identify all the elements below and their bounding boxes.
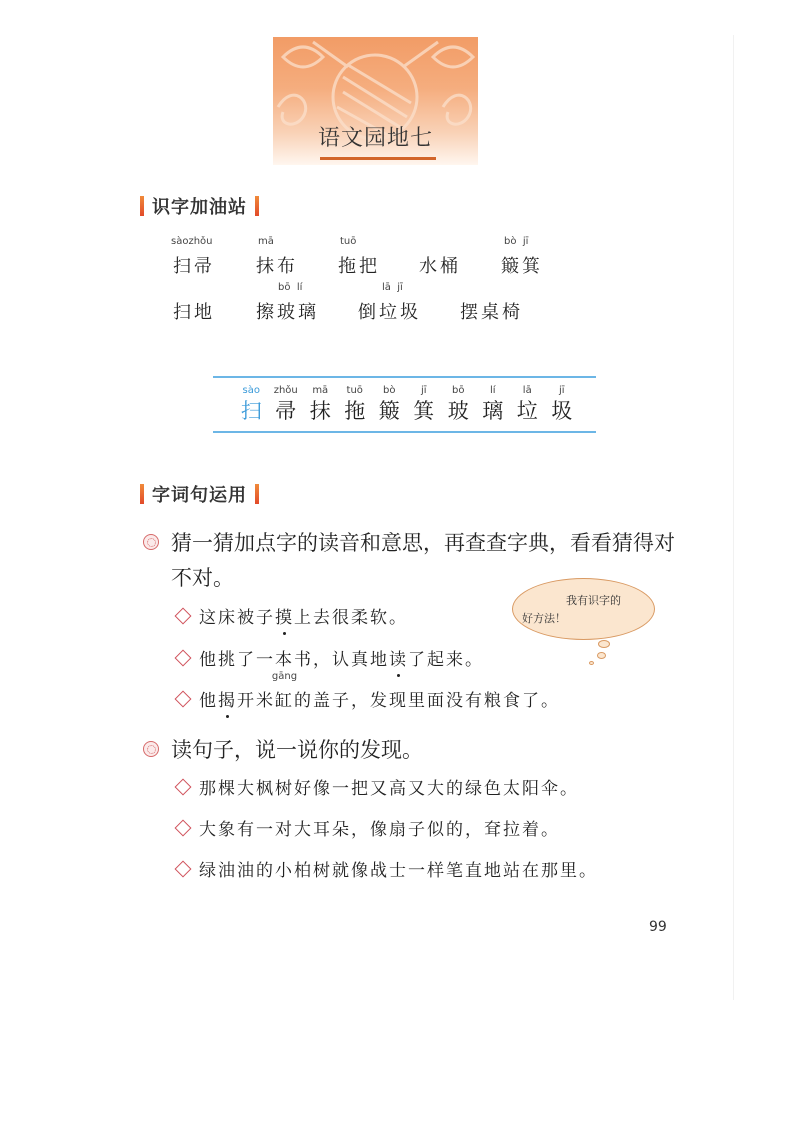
char-cell: lí璃 [476, 384, 511, 424]
vocab-word: 水桶 [419, 252, 461, 278]
char-box-top-line [213, 376, 596, 378]
char-cell: bò簸 [372, 384, 407, 424]
heading-bar-left [140, 196, 144, 216]
dotted-char: 摸 [275, 603, 294, 628]
vocab-word: bō lí 擦玻璃 [256, 298, 319, 324]
word: 簸箕 [501, 256, 543, 277]
pinyin: sàozhǒu [171, 236, 213, 247]
diamond-bullet-icon [175, 860, 192, 877]
cloud-shape [512, 578, 655, 640]
vocab-word: mā 抹布 [256, 252, 298, 278]
sentence-text: 这床被子摸上去很柔软。 [199, 603, 408, 628]
bubble-text-line2: 好方法！ [522, 610, 566, 626]
unit-banner: 语文园地七 [273, 37, 478, 165]
word: 拖把 [338, 256, 380, 277]
page-edge [733, 35, 734, 1000]
char-cell: zhǒu帚 [269, 384, 304, 424]
dotted-char: 揭 [218, 686, 237, 711]
dotted-char: 读 [389, 645, 408, 670]
pinyin: tuō [340, 236, 356, 247]
word: 擦玻璃 [256, 302, 319, 323]
vocab-word: sàozhǒu 扫帚 [173, 252, 215, 278]
bubble-puff [598, 640, 610, 648]
ruby-char: gāng缸 [275, 686, 294, 711]
pinyin: bō lí [278, 282, 302, 293]
title-underline [320, 157, 436, 160]
bubble-puff [597, 652, 606, 659]
char-cell: jī箕 [407, 384, 442, 424]
word: 扫帚 [173, 256, 215, 277]
sentence-item: 他挑了一本书，认真地读了起来。 [175, 645, 484, 670]
diamond-bullet-icon [175, 649, 192, 666]
pinyin: bò jī [504, 236, 528, 247]
section-heading-label: 字词句运用 [152, 481, 247, 507]
sentence-text: 他挑了一本书，认真地读了起来。 [199, 645, 484, 670]
pinyin: lā jī [382, 282, 403, 293]
sentence-item: 那棵大枫树好像一把又高又大的绿色太阳伞。 [175, 774, 579, 799]
bubble-text-line1: 我有识字的 [566, 592, 621, 608]
page-number: 99 [649, 919, 667, 935]
char-cell: jī圾 [545, 384, 580, 424]
new-characters-row: sào扫 zhǒu帚 mā抹 tuō拖 bò簸 jī箕 bō玻 lí璃 lā垃 … [234, 384, 579, 424]
word: 倒垃圾 [358, 302, 421, 323]
vocab-word: 摆桌椅 [460, 298, 523, 324]
vocab-word: bò jī 簸箕 [501, 252, 543, 278]
vocab-word: lā jī 倒垃圾 [358, 298, 421, 324]
seal-bullet-icon [143, 534, 159, 550]
section-heading-usage: 字词句运用 [140, 481, 259, 507]
sentence-text: 大象有一对大耳朵，像扇子似的，耷拉着。 [199, 815, 560, 840]
char-cell: lā垃 [510, 384, 545, 424]
heading-bar-right [255, 484, 259, 504]
sentence-item: 他揭开米gāng缸的盖子，发现里面没有粮食了。 [175, 686, 560, 711]
unit-title: 语文园地七 [273, 121, 478, 152]
diamond-bullet-icon [175, 690, 192, 707]
sentence-item: 这床被子摸上去很柔软。 [175, 603, 408, 628]
vocab-word: tuō 拖把 [338, 252, 380, 278]
sentence-item: 大象有一对大耳朵，像扇子似的，耷拉着。 [175, 815, 560, 840]
sentence-text: 绿油油的小柏树就像战士一样笔直地站在那里。 [199, 856, 598, 881]
char-cell: mā抹 [303, 384, 338, 424]
diamond-bullet-icon [175, 819, 192, 836]
section-heading-literacy: 识字加油站 [140, 193, 259, 219]
sentence-text: 他揭开米gāng缸的盖子，发现里面没有粮食了。 [199, 686, 560, 711]
bubble-puff [589, 661, 594, 665]
word: 抹布 [256, 256, 298, 277]
diamond-bullet-icon [175, 607, 192, 624]
vocab-word: 扫地 [173, 298, 215, 324]
heading-bar-left [140, 484, 144, 504]
diamond-bullet-icon [175, 778, 192, 795]
heading-bar-right [255, 196, 259, 216]
word: 扫地 [173, 302, 215, 323]
word: 水桶 [419, 256, 461, 277]
word: 摆桌椅 [460, 302, 523, 323]
char-cell: bō玻 [441, 384, 476, 424]
sentence-item: 绿油油的小柏树就像战士一样笔直地站在那里。 [175, 856, 598, 881]
char-box-bottom-line [213, 431, 596, 433]
thought-bubble: 我有识字的 好方法！ [512, 578, 655, 640]
char-cell: sào扫 [234, 384, 269, 424]
char-cell: tuō拖 [338, 384, 373, 424]
task-instruction: 读句子，说一说你的发现。 [171, 733, 681, 768]
task-2: 读句子，说一说你的发现。 [143, 733, 681, 768]
sentence-text: 那棵大枫树好像一把又高又大的绿色太阳伞。 [199, 774, 579, 799]
seal-bullet-icon [143, 741, 159, 757]
pinyin: mā [258, 236, 274, 247]
section-heading-label: 识字加油站 [152, 193, 247, 219]
